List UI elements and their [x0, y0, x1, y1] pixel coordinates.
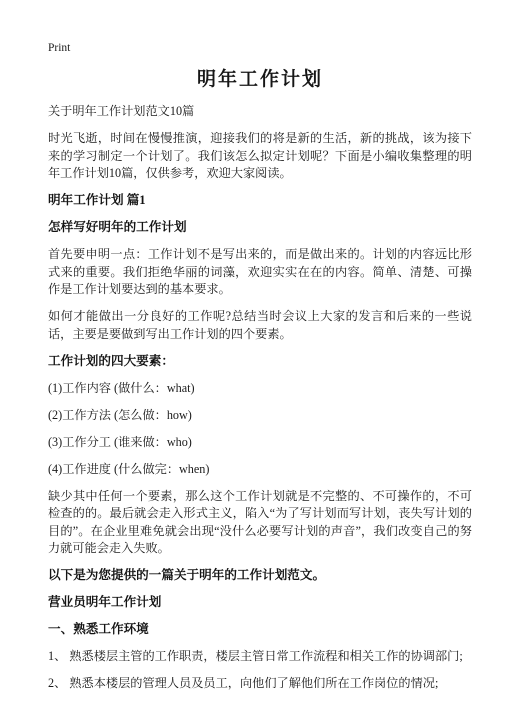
paragraph: (3)工作分工 (谁来做：who) [48, 434, 472, 452]
paragraph: 缺少其中任何一个要素，那么这个工作计划就是不完整的、不可操作的，不可检查的的。最… [48, 488, 472, 558]
section-heading: 一、熟悉工作环境 [48, 621, 472, 639]
section-heading: 明年工作计划 篇1 [48, 192, 472, 210]
document-page: Print 明年工作计划 关于明年工作计划范文10篇时光飞逝，时间在慢慢推演，迎… [0, 0, 520, 718]
page-title: 明年工作计划 [48, 67, 472, 93]
paragraph: (1)工作内容 (做什么：what) [48, 380, 472, 398]
paragraph: 如何才能做出一分良好的工作呢?总结当时会议上大家的发言和后来的一些说话，主要是要… [48, 308, 472, 343]
section-heading: 工作计划的四大要素： [48, 353, 472, 371]
paragraph: (4)工作进度 (什么做完：when) [48, 461, 472, 479]
paragraph: 1、 熟悉楼层主管的工作职责，楼层主管日常工作流程和相关工作的协调部门; [48, 648, 472, 666]
paragraph: 首先要申明一点：工作计划不是写出来的，而是做出来的。计划的内容远比形式来的重要。… [48, 246, 472, 299]
paragraph: 2、 熟悉本楼层的管理人员及员工，向他们了解他们所在工作岗位的情况; [48, 675, 472, 693]
section-heading: 怎样写好明年的工作计划 [48, 219, 472, 237]
section-heading: 营业员明年工作计划 [48, 594, 472, 612]
print-link[interactable]: Print [48, 41, 70, 55]
section-heading: 以下是为您提供的一篇关于明年的工作计划范文。 [48, 567, 472, 585]
paragraph: 关于明年工作计划范文10篇 [48, 103, 472, 121]
paragraph: (2)工作方法 (怎么做：how) [48, 407, 472, 425]
document-body: 关于明年工作计划范文10篇时光飞逝，时间在慢慢推演，迎接我们的将是新的生活，新的… [48, 103, 472, 693]
paragraph: 时光飞逝，时间在慢慢推演，迎接我们的将是新的生活，新的挑战，该为接下来的学习制定… [48, 130, 472, 183]
